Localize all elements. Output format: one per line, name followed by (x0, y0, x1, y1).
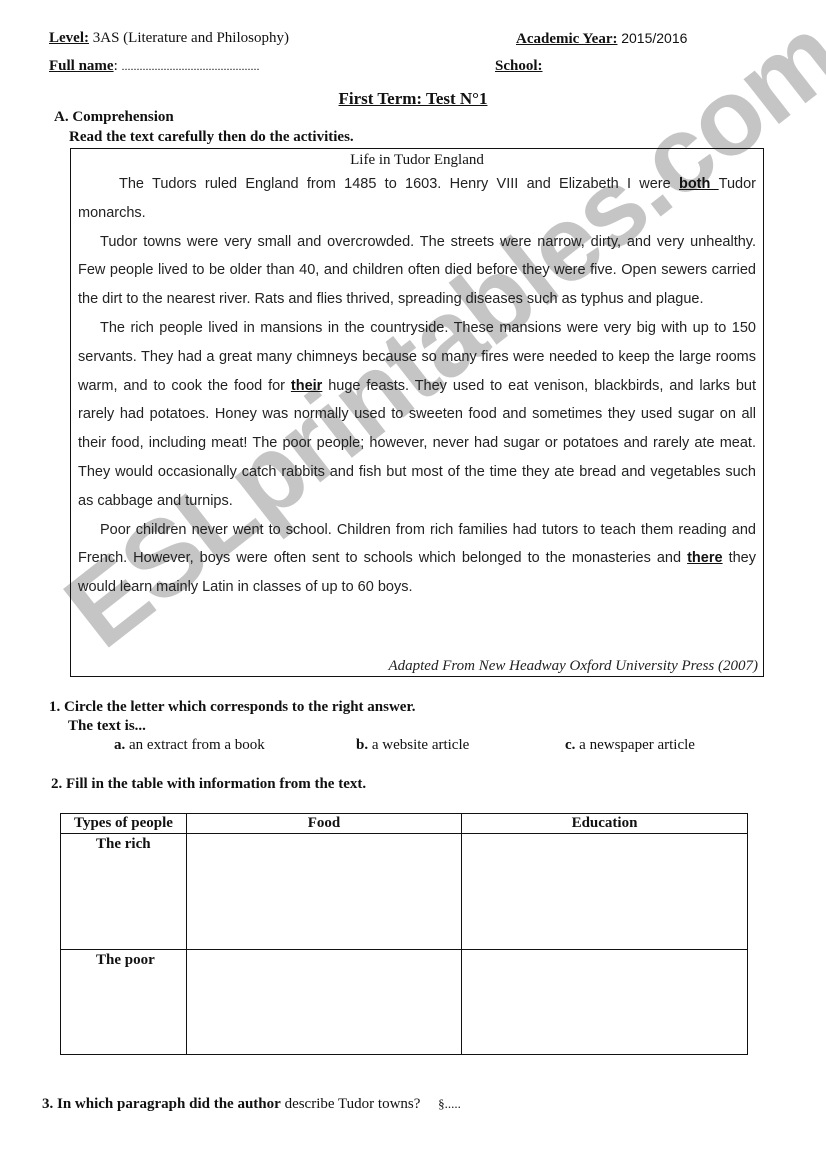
level-line: Level: 3AS (Literature and Philosophy) (49, 30, 289, 47)
passage-body: The Tudors ruled England from 1485 to 16… (71, 170, 763, 602)
cell-poor-food[interactable] (187, 950, 462, 1055)
cell-rich-food[interactable] (187, 834, 462, 950)
academic-year-label: Academic Year: (516, 31, 617, 47)
question-3: 3. In which paragraph did the author des… (42, 1096, 461, 1113)
paragraph-4: Poor children never went to school. Chil… (78, 516, 756, 602)
full-name-label: Full name (49, 58, 114, 74)
full-name-separator: : (114, 58, 122, 74)
school-label: School: (495, 58, 543, 74)
question-1-number: 1. (49, 699, 60, 715)
question-1-prompt: 1. Circle the letter which corresponds t… (49, 699, 415, 716)
level-value: 3AS (Literature and Philosophy) (93, 30, 289, 46)
header-education: Education (462, 814, 748, 834)
cell-rich-education[interactable] (462, 834, 748, 950)
keyword-both: both (679, 176, 719, 192)
header-types-of-people: Types of people (61, 814, 187, 834)
question-2-number: 2 (51, 776, 59, 792)
question-2-text: . Fill in the table with information fro… (59, 776, 367, 792)
row-label-poor: The poor (61, 950, 187, 1055)
paragraph-1: The Tudors ruled England from 1485 to 16… (78, 170, 756, 228)
academic-year-value: 2015/2016 (621, 30, 687, 46)
test-title: First Term: Test N°1 (0, 89, 826, 109)
question-3-text: describe Tudor towns? (281, 1096, 421, 1112)
level-label: Level: (49, 30, 89, 46)
table-row: The rich (61, 834, 748, 950)
table-row: The poor (61, 950, 748, 1055)
keyword-their: their (291, 378, 322, 394)
question-1-text: Circle the letter which corresponds to t… (64, 699, 415, 715)
option-c-text: a newspaper article (579, 737, 695, 753)
passage-title: Life in Tudor England (71, 152, 763, 169)
question-2-prompt: 2. Fill in the table with information fr… (51, 776, 366, 793)
keyword-there: there (687, 550, 722, 566)
option-c-letter[interactable]: c. (565, 737, 575, 753)
school-line: School: (495, 58, 543, 75)
paragraph-3: The rich people lived in mansions in the… (78, 314, 756, 516)
reading-passage-box: Life in Tudor England The Tudors ruled E… (70, 148, 764, 677)
full-name-field[interactable]: ........................................… (122, 59, 260, 73)
question-3-bold-text: 3. In which paragraph did the author (42, 1096, 281, 1112)
option-b-letter[interactable]: b. (356, 737, 368, 753)
passage-source: Adapted From New Headway Oxford Universi… (388, 658, 758, 675)
paragraph-2: Tudor towns were very small and overcrow… (78, 228, 756, 314)
option-a-letter[interactable]: a. (114, 737, 125, 753)
question-1-stem: The text is... (68, 718, 146, 735)
option-b[interactable]: b. a website article (356, 737, 469, 754)
section-a-heading: A. Comprehension (54, 109, 174, 126)
row-label-rich: The rich (61, 834, 187, 950)
option-b-text: a website article (372, 737, 469, 753)
option-c[interactable]: c. a newspaper article (565, 737, 695, 754)
question-3-answer-field[interactable]: §..... (438, 1096, 461, 1111)
option-a-text: an extract from a book (129, 737, 265, 753)
full-name-line: Full name: .............................… (49, 58, 260, 75)
section-a-instruction: Read the text carefully then do the acti… (69, 129, 354, 146)
cell-poor-education[interactable] (462, 950, 748, 1055)
academic-year-line: Academic Year: 2015/2016 (516, 30, 687, 48)
table-header-row: Types of people Food Education (61, 814, 748, 834)
header-food: Food (187, 814, 462, 834)
fill-in-table: Types of people Food Education The rich … (60, 813, 748, 1055)
option-a[interactable]: a. an extract from a book (114, 737, 265, 754)
